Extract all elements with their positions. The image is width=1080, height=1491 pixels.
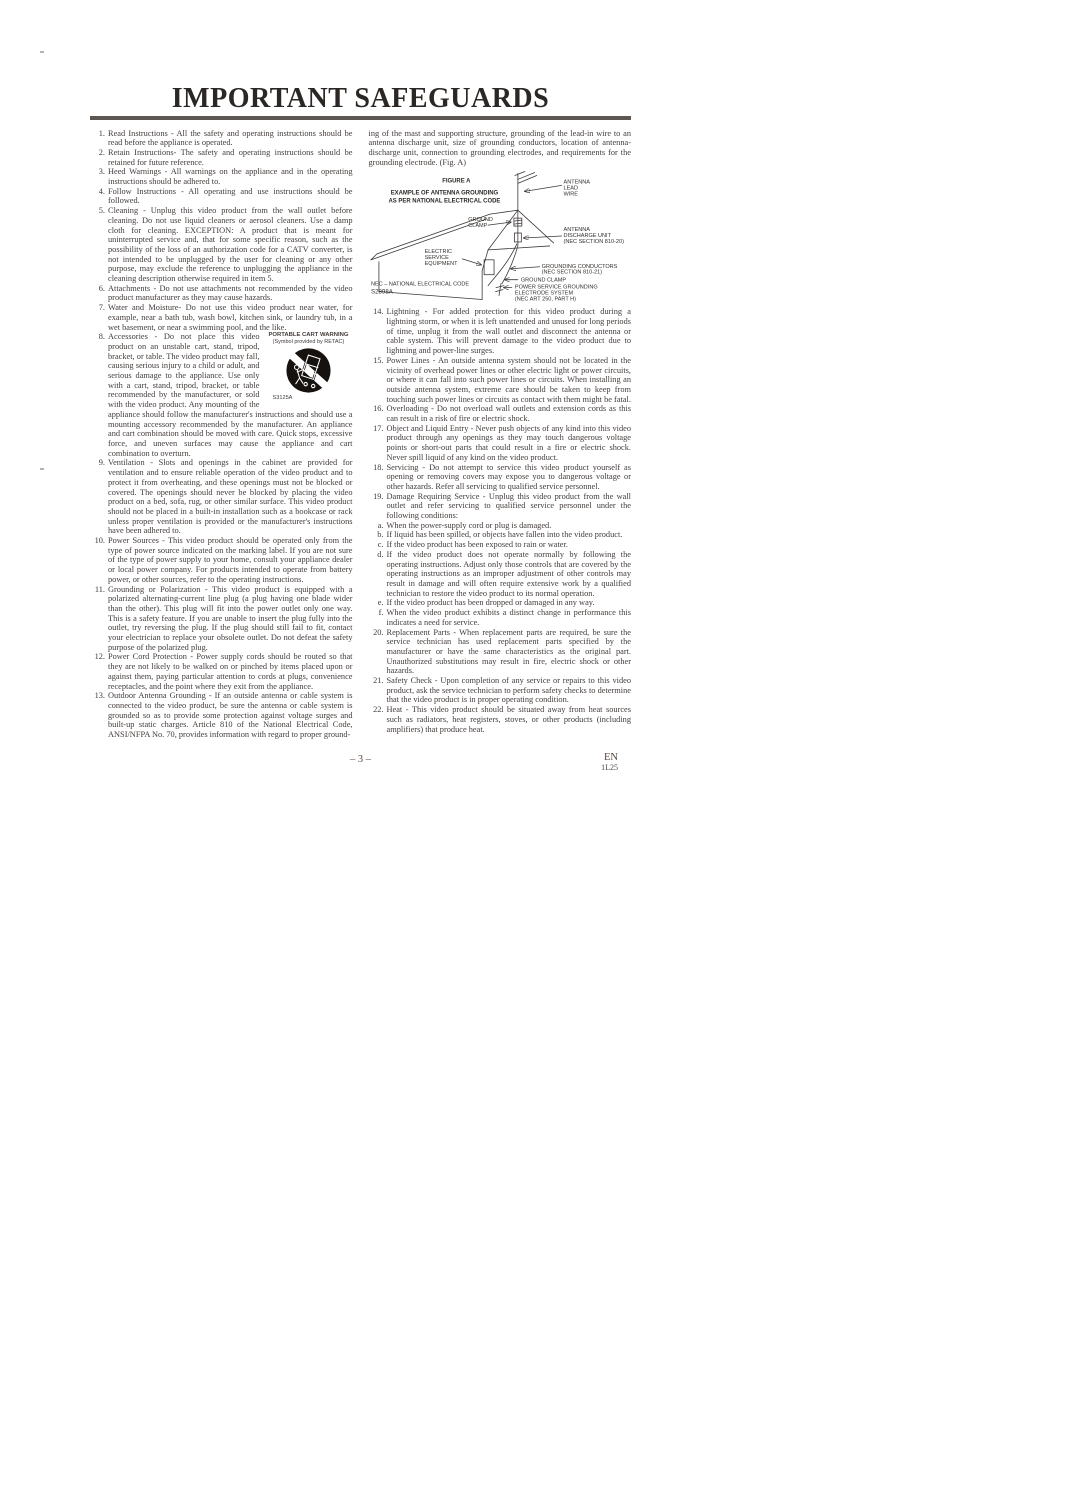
safeguard-item: 15. Power Lines - An outside antenna sys… — [369, 356, 632, 405]
subitem-text: If the video product has been dropped or… — [387, 598, 632, 608]
safeguard-item: 19. Damage Requiring Service - Unplug th… — [369, 492, 632, 521]
safeguard-item: 7. Water and Moisture- Do not use this v… — [90, 303, 353, 332]
print-registration-mark — [40, 468, 44, 470]
title-underline — [90, 116, 631, 120]
subitem-letter: f. — [369, 608, 387, 627]
subitem-letter: e. — [369, 598, 387, 608]
safeguard-subitem: f. When the video product exhibits a dis… — [369, 608, 632, 627]
safeguard-subitem: d. If the video product does not operate… — [369, 550, 632, 599]
page-number: – 3 – — [350, 754, 371, 765]
safeguard-item: 12. Power Cord Protection - Power supply… — [90, 652, 353, 691]
subitem-text: If liquid has been spilled, or objects h… — [387, 530, 632, 540]
item-number: 10. — [90, 536, 108, 585]
item-number: 2. — [90, 148, 108, 167]
safeguard-item: 13. Outdoor Antenna Grounding - If an ou… — [90, 691, 353, 740]
item-text: Heat - This video product should be situ… — [387, 705, 632, 734]
figure-label-ground-clamp-upper-2: CLAMP — [468, 223, 487, 229]
antenna-grounding-figure: FIGURE A EXAMPLE OF ANTENNA GROUNDING AS… — [369, 170, 631, 302]
item-text: PORTABLE CART WARNING (Symbol provided b… — [108, 332, 353, 458]
item-text: Water and Moisture- Do not use this vide… — [108, 303, 353, 332]
safeguard-subitem: a. When the power-supply cord or plug is… — [369, 521, 632, 531]
item-text: Lightning - For added protection for thi… — [387, 307, 632, 356]
page-footer: – 3 – EN 1L25 — [90, 752, 631, 782]
item-text: Read Instructions - All the safety and o… — [108, 129, 353, 148]
item-text: Retain Instructions- The safety and oper… — [108, 148, 353, 167]
footer-right-block: EN 1L25 — [601, 752, 618, 772]
item-number: 5. — [90, 206, 108, 284]
item-number: 17. — [369, 424, 387, 463]
item-number: 4. — [90, 187, 108, 206]
safeguard-item: 6. Attachments - Do not use attachments … — [90, 284, 353, 303]
item-text: Safety Check - Upon completion of any se… — [387, 676, 632, 705]
safeguard-item: 20. Replacement Parts - When replacement… — [369, 628, 632, 677]
item-number: 8. — [90, 332, 108, 458]
print-registration-mark — [40, 51, 44, 53]
item-number: 19. — [369, 492, 387, 521]
item-text: Object and Liquid Entry - Never push obj… — [387, 424, 632, 463]
cart-tipping-icon — [285, 347, 332, 394]
page-title: IMPORTANT SAFEGUARDS — [90, 84, 631, 114]
item-number: 11. — [90, 585, 108, 653]
figure-code: S2898A — [370, 289, 393, 296]
figure-label-nec-note: NEC – NATIONAL ELECTRICAL CODE — [370, 282, 468, 288]
item-text: Power Sources - This video product shoul… — [108, 536, 353, 585]
figure-label-electric-service-3: EQUIPMENT — [424, 261, 458, 267]
item-text: Grounding or Polarization - This video p… — [108, 585, 353, 653]
figure-label-grounding-conductors-2: (NEC SECTION 810-21) — [541, 270, 602, 276]
subitem-text: When the video product exhibits a distin… — [387, 608, 632, 627]
safeguard-item: 16. Overloading - Do not overload wall o… — [369, 404, 632, 423]
two-column-layout: 1. Read Instructions - All the safety an… — [90, 129, 631, 740]
item-text: Damage Requiring Service - Unplug this v… — [387, 492, 632, 521]
subitem-letter: b. — [369, 530, 387, 540]
item-number: 13. — [90, 691, 108, 740]
figure-heading-2: AS PER NATIONAL ELECTRICAL CODE — [388, 199, 500, 205]
cart-warning-title: PORTABLE CART WARNING — [265, 332, 353, 339]
figure-heading-1: EXAMPLE OF ANTENNA GROUNDING — [390, 191, 498, 197]
item-number: 9. — [90, 458, 108, 536]
language-code: EN — [601, 752, 618, 763]
item-text: Power Lines - An outside antenna system … — [387, 356, 632, 405]
page-content: IMPORTANT SAFEGUARDS 1. Read Instruction… — [90, 84, 631, 782]
portable-cart-warning-figure: PORTABLE CART WARNING (Symbol provided b… — [265, 332, 353, 404]
safeguard-item: 14. Lightning - For added protection for… — [369, 307, 632, 356]
item-number: 1. — [90, 129, 108, 148]
item-text: Overloading - Do not overload wall outle… — [387, 404, 632, 423]
electric-service-equipment-part — [484, 260, 494, 275]
subitem-text: If the video product does not operate no… — [387, 550, 632, 599]
item-text: Servicing - Do not attempt to service th… — [387, 463, 632, 492]
cart-warning-code: S3125A — [273, 394, 353, 404]
item-number: 15. — [369, 356, 387, 405]
safeguard-item: 11. Grounding or Polarization - This vid… — [90, 585, 353, 653]
figure-title: FIGURE A — [442, 179, 471, 185]
safeguard-subitem: c. If the video product has been exposed… — [369, 540, 632, 550]
manual-page: IMPORTANT SAFEGUARDS 1. Read Instruction… — [0, 0, 1080, 1491]
item-text: Heed Warnings - All warnings on the appl… — [108, 167, 353, 186]
right-column: ing of the mast and supporting structure… — [369, 129, 632, 740]
figure-label-power-service-3: (NEC ART 250, PART H) — [514, 297, 575, 302]
item-text: Follow Instructions - All operating and … — [108, 187, 353, 206]
safeguard-item: 8. PORTABLE CART WARNING (Symbol provide… — [90, 332, 353, 458]
safeguard-item: 4. Follow Instructions - All operating a… — [90, 187, 353, 206]
item-number: 6. — [90, 284, 108, 303]
safeguard-subitem: e. If the video product has been dropped… — [369, 598, 632, 608]
item-number: 14. — [369, 307, 387, 356]
figure-label-discharge-unit-3: (NEC SECTION 810-20) — [563, 239, 624, 245]
cart-warning-subtitle: (Symbol provided by RETAC) — [265, 339, 353, 345]
safeguard-item: 21. Safety Check - Upon completion of an… — [369, 676, 632, 705]
item-text: Outdoor Antenna Grounding - If an outsid… — [108, 691, 353, 740]
item-number: 18. — [369, 463, 387, 492]
item-number: 16. — [369, 404, 387, 423]
item-text: Attachments - Do not use attachments not… — [108, 284, 353, 303]
document-code: 1L25 — [601, 763, 618, 772]
safeguard-item: 2. Retain Instructions- The safety and o… — [90, 148, 353, 167]
safeguard-item: 10. Power Sources - This video product s… — [90, 536, 353, 585]
safeguard-item: 22. Heat - This video product should be … — [369, 705, 632, 734]
subitem-text: When the power-supply cord or plug is da… — [387, 521, 632, 531]
subitem-letter: a. — [369, 521, 387, 531]
item-number: 3. — [90, 167, 108, 186]
item-text: Replacement Parts - When replacement par… — [387, 628, 632, 677]
safeguard-subitem: b. If liquid has been spilled, or object… — [369, 530, 632, 540]
figure-label-antenna-lead-3: WIRE — [563, 192, 578, 198]
item-number: 7. — [90, 303, 108, 332]
safeguard-item: 5. Cleaning - Unplug this video product … — [90, 206, 353, 284]
item-text: Power Cord Protection - Power supply cor… — [108, 652, 353, 691]
subitem-letter: c. — [369, 540, 387, 550]
safeguard-item: 1. Read Instructions - All the safety an… — [90, 129, 353, 148]
safeguard-item: 3. Heed Warnings - All warnings on the a… — [90, 167, 353, 186]
figure-label-ground-clamp-lower: GROUND CLAMP — [520, 278, 566, 284]
subitem-letter: d. — [369, 550, 387, 599]
item-number: 12. — [90, 652, 108, 691]
safeguard-item: 18. Servicing - Do not attempt to servic… — [369, 463, 632, 492]
item-number: 21. — [369, 676, 387, 705]
left-column: 1. Read Instructions - All the safety an… — [90, 129, 353, 740]
safeguard-item: 17. Object and Liquid Entry - Never push… — [369, 424, 632, 463]
item-13-continuation: ing of the mast and supporting structure… — [369, 129, 632, 168]
item-number: 22. — [369, 705, 387, 734]
safeguard-item: 9. Ventilation - Slots and openings in t… — [90, 458, 353, 536]
item-number: 20. — [369, 628, 387, 677]
item-text: Ventilation - Slots and openings in the … — [108, 458, 353, 536]
subitem-text: If the video product has been exposed to… — [387, 540, 632, 550]
item-text: Cleaning - Unplug this video product fro… — [108, 206, 353, 284]
